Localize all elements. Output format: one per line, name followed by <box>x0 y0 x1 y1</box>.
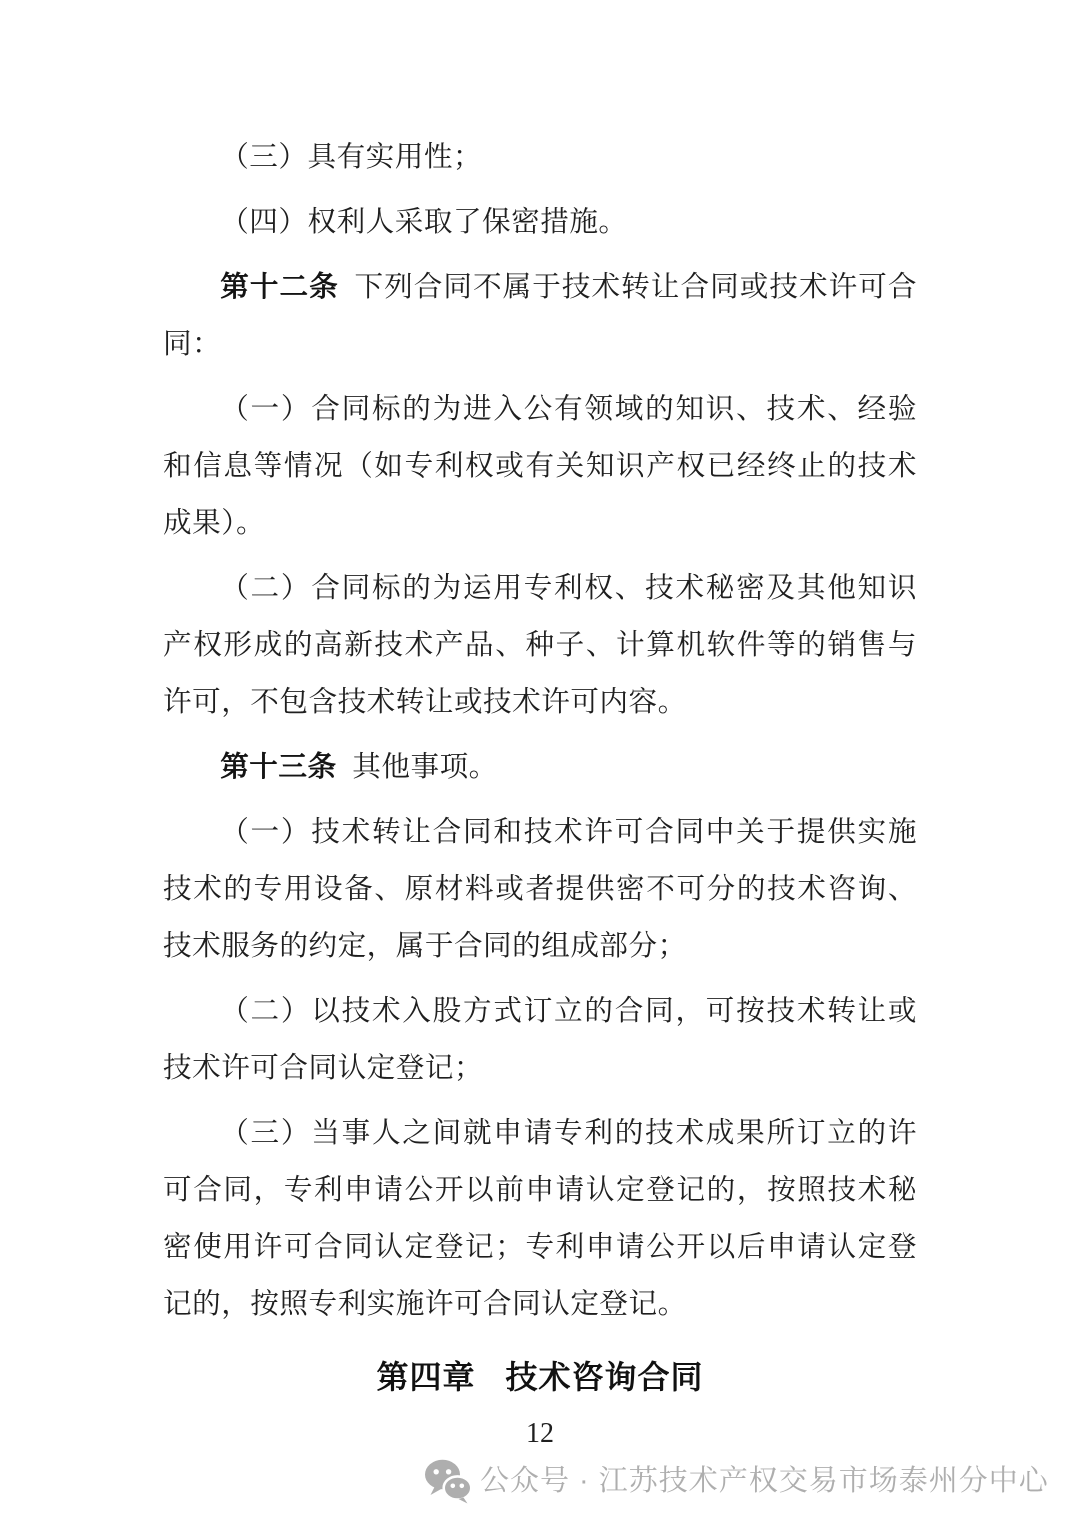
paragraph-text: （二）合同标的为运用专利权、技术秘密及其他知识产权形成的高新技术产品、种子、计算… <box>163 573 917 718</box>
paragraph-text: （四）权利人采取了保密措施。 <box>220 207 627 238</box>
chapter-number: 第四章 <box>376 1359 475 1395</box>
chapter-title: 技术咨询合同 <box>506 1359 704 1395</box>
article-number: 第十二条 <box>220 271 339 303</box>
paragraph-text: （一）合同标的为进入公有领域的知识、技术、经验和信息等情况（如专利权或有关知识产… <box>163 394 917 539</box>
wechat-icon <box>424 1459 471 1504</box>
paragraph-item-3b: （三）当事人之间就申请专利的技术成果所订立的许可合同，专利申请公开以前申请认定登… <box>163 1105 917 1333</box>
page-number: 12 <box>163 1414 917 1454</box>
paragraph-text: （二）以技术入股方式订立的合同，可按技术转让或技术许可合同认定登记； <box>163 996 917 1084</box>
paragraph-text: 其他事项。 <box>352 752 497 783</box>
document-body: （三）具有实用性； （四）权利人采取了保密措施。 第十二条下列合同不属于技术转让… <box>163 129 917 1454</box>
paragraph-article-13: 第十三条其他事项。 <box>163 739 917 796</box>
paragraph-item-2: （二）合同标的为运用专利权、技术秘密及其他知识产权形成的高新技术产品、种子、计算… <box>163 560 917 731</box>
chapter-heading: 第四章技术咨询合同 <box>163 1349 917 1406</box>
paragraph-item-4: （四）权利人采取了保密措施。 <box>163 194 917 251</box>
watermark-text: 公众号 · 江苏技术产权交易市场泰州分中心 <box>480 1458 1049 1504</box>
paragraph-text: （三）具有实用性； <box>220 142 482 173</box>
paragraph-item-2b: （二）以技术入股方式订立的合同，可按技术转让或技术许可合同认定登记； <box>163 983 917 1097</box>
paragraph-item-1: （一）合同标的为进入公有领域的知识、技术、经验和信息等情况（如专利权或有关知识产… <box>163 381 917 552</box>
paragraph-text: （三）当事人之间就申请专利的技术成果所订立的许可合同，专利申请公开以前申请认定登… <box>163 1118 917 1320</box>
document-page: （三）具有实用性； （四）权利人采取了保密措施。 第十二条下列合同不属于技术转让… <box>0 0 1080 1527</box>
article-number: 第十三条 <box>220 751 336 783</box>
paragraph-article-12: 第十二条下列合同不属于技术转让合同或技术许可合同： <box>163 259 917 373</box>
paragraph-text: （一）技术转让合同和技术许可合同中关于提供实施技术的专用设备、原材料或者提供密不… <box>163 817 917 962</box>
watermark-footer: 公众号 · 江苏技术产权交易市场泰州分中心 <box>424 1458 1049 1504</box>
paragraph-item-1b: （一）技术转让合同和技术许可合同中关于提供实施技术的专用设备、原材料或者提供密不… <box>163 804 917 975</box>
paragraph-item-3: （三）具有实用性； <box>163 129 917 186</box>
